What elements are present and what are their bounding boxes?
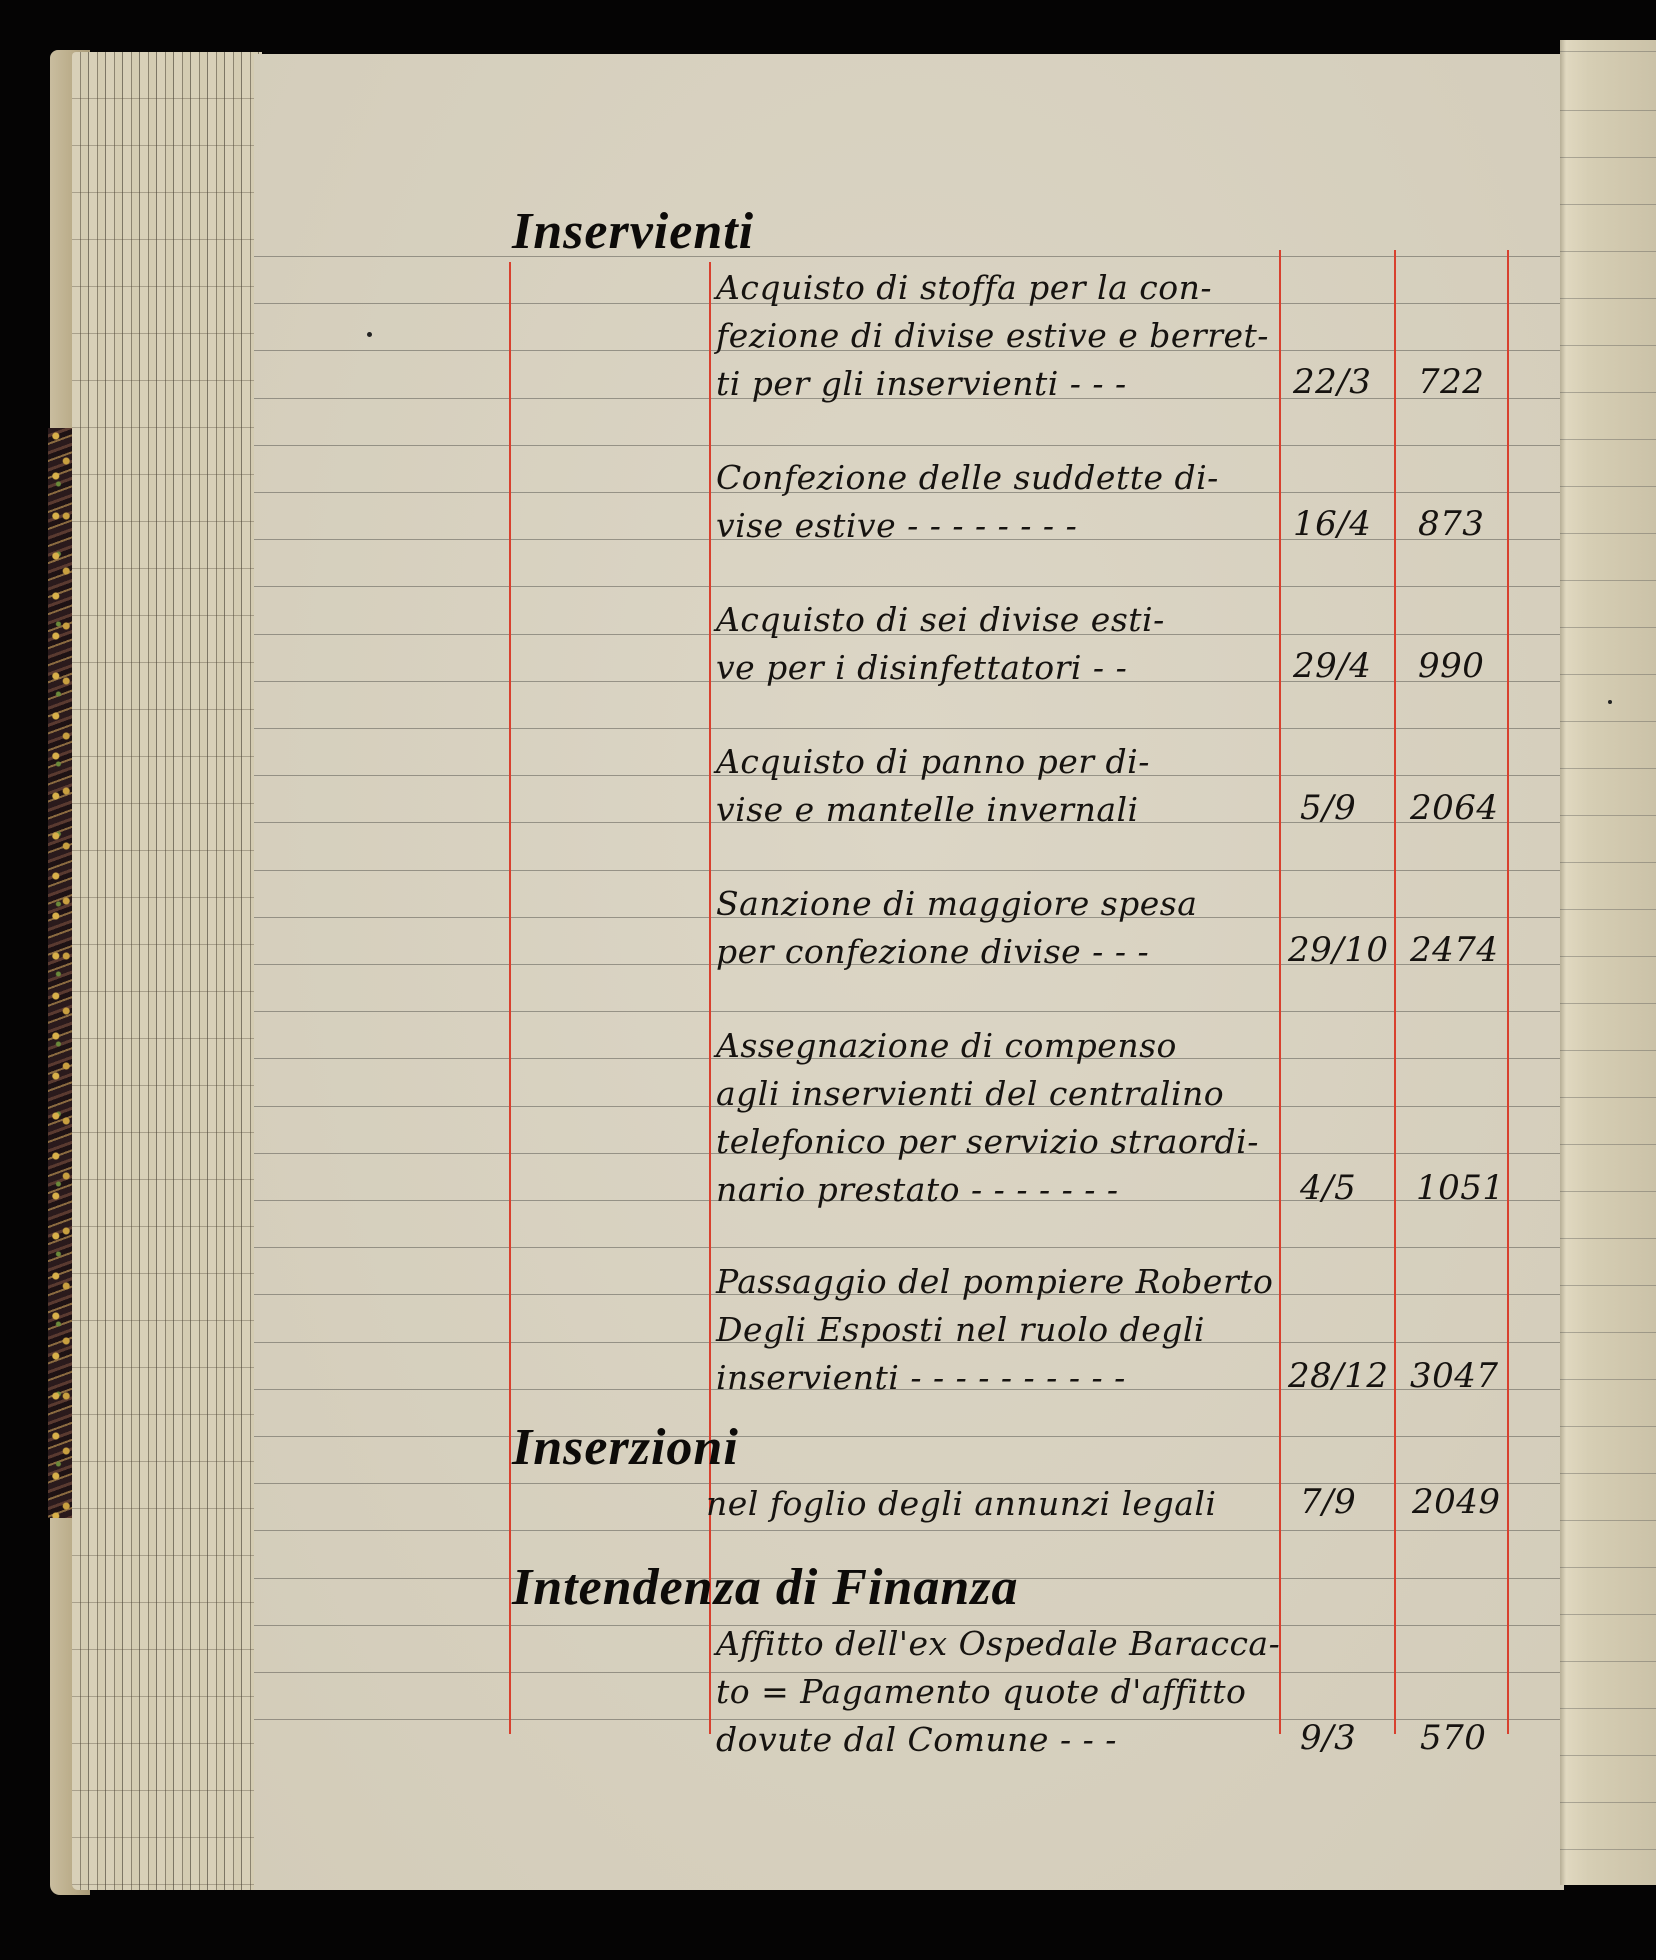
- ruled-line: [254, 1247, 1560, 1248]
- entry-line: Affitto dell'ex Ospedale Baracca-: [716, 1624, 1280, 1663]
- section-heading: Intendenza di Finanza: [512, 1558, 1019, 1617]
- entry-line: Passaggio del pompiere Roberto: [716, 1262, 1273, 1301]
- entry-date: 9/3: [1300, 1718, 1356, 1758]
- entry-date: 16/4: [1293, 504, 1371, 544]
- ruled-line: [254, 586, 1560, 587]
- ruled-line: [254, 1436, 1560, 1437]
- ruled-line: [254, 1011, 1560, 1012]
- entry-number: 570: [1420, 1718, 1486, 1758]
- entry-line: nario prestato - - - - - - -: [716, 1170, 1119, 1209]
- entry-number: 990: [1418, 646, 1484, 686]
- entry-line: inservienti - - - - - - - - - -: [716, 1358, 1126, 1397]
- entry-line: Sanzione di maggiore spesa: [716, 884, 1197, 923]
- ruled-line: [254, 1530, 1560, 1531]
- entry-line: vise estive - - - - - - - -: [716, 506, 1077, 545]
- entry-number: 1051: [1416, 1168, 1505, 1208]
- entry-line: nel foglio degli annunzi legali: [706, 1484, 1216, 1523]
- entry-number: 3047: [1410, 1356, 1499, 1396]
- ink-spot: [1608, 700, 1612, 704]
- section-heading: Inserzioni: [512, 1418, 739, 1477]
- entry-line: to = Pagamento quote d'affitto: [716, 1672, 1246, 1711]
- entry-line: Confezione delle suddette di-: [716, 458, 1219, 497]
- entry-line: per confezione divise - - -: [716, 932, 1149, 971]
- entry-number: 722: [1418, 362, 1484, 402]
- entry-date: 29/4: [1293, 646, 1371, 686]
- column-line-date: [1279, 250, 1281, 1734]
- facing-page-edge: [1560, 40, 1656, 1885]
- entry-number: 2049: [1412, 1482, 1501, 1522]
- column-line-number: [1394, 250, 1396, 1734]
- ruled-line: [254, 256, 1560, 257]
- entry-date: 7/9: [1300, 1482, 1356, 1522]
- entry-line: Assegnazione di compenso: [716, 1026, 1177, 1065]
- entry-date: 4/5: [1300, 1168, 1356, 1208]
- entry-line: Acquisto di sei divise esti-: [716, 600, 1165, 639]
- entry-number: 2064: [1410, 788, 1499, 828]
- entry-line: fezione di divise estive e berret-: [716, 316, 1269, 355]
- entry-number: 2474: [1410, 930, 1499, 970]
- column-line-right: [1507, 250, 1509, 1734]
- entry-line: agli inservienti del centralino: [716, 1074, 1224, 1113]
- ruled-line: [254, 870, 1560, 871]
- entry-date: 28/12: [1288, 1356, 1388, 1396]
- entry-number: 873: [1418, 504, 1484, 544]
- entry-date: 22/3: [1293, 362, 1371, 402]
- entry-line: vise e mantelle invernali: [716, 790, 1139, 829]
- entry-line: Acquisto di panno per di-: [716, 742, 1150, 781]
- entry-line: Degli Esposti nel ruolo degli: [716, 1310, 1205, 1349]
- stacked-page-edges: [72, 52, 262, 1890]
- entry-line: Acquisto di stoffa per la con-: [716, 268, 1212, 307]
- ruled-line: [254, 728, 1560, 729]
- entry-line: ve per i disinfettatori - -: [716, 648, 1127, 687]
- ruled-line: [254, 445, 1560, 446]
- entry-line: telefonico per servizio straordi-: [716, 1122, 1259, 1161]
- marbled-spine: [48, 428, 74, 1518]
- entry-date: 5/9: [1300, 788, 1356, 828]
- ink-spot: [367, 332, 372, 337]
- entry-date: 29/10: [1288, 930, 1388, 970]
- section-heading: Inservienti: [512, 202, 754, 261]
- entry-line: dovute dal Comune - - -: [716, 1720, 1117, 1759]
- margin-line-left: [509, 262, 511, 1734]
- entry-line: ti per gli inservienti - - -: [716, 364, 1127, 403]
